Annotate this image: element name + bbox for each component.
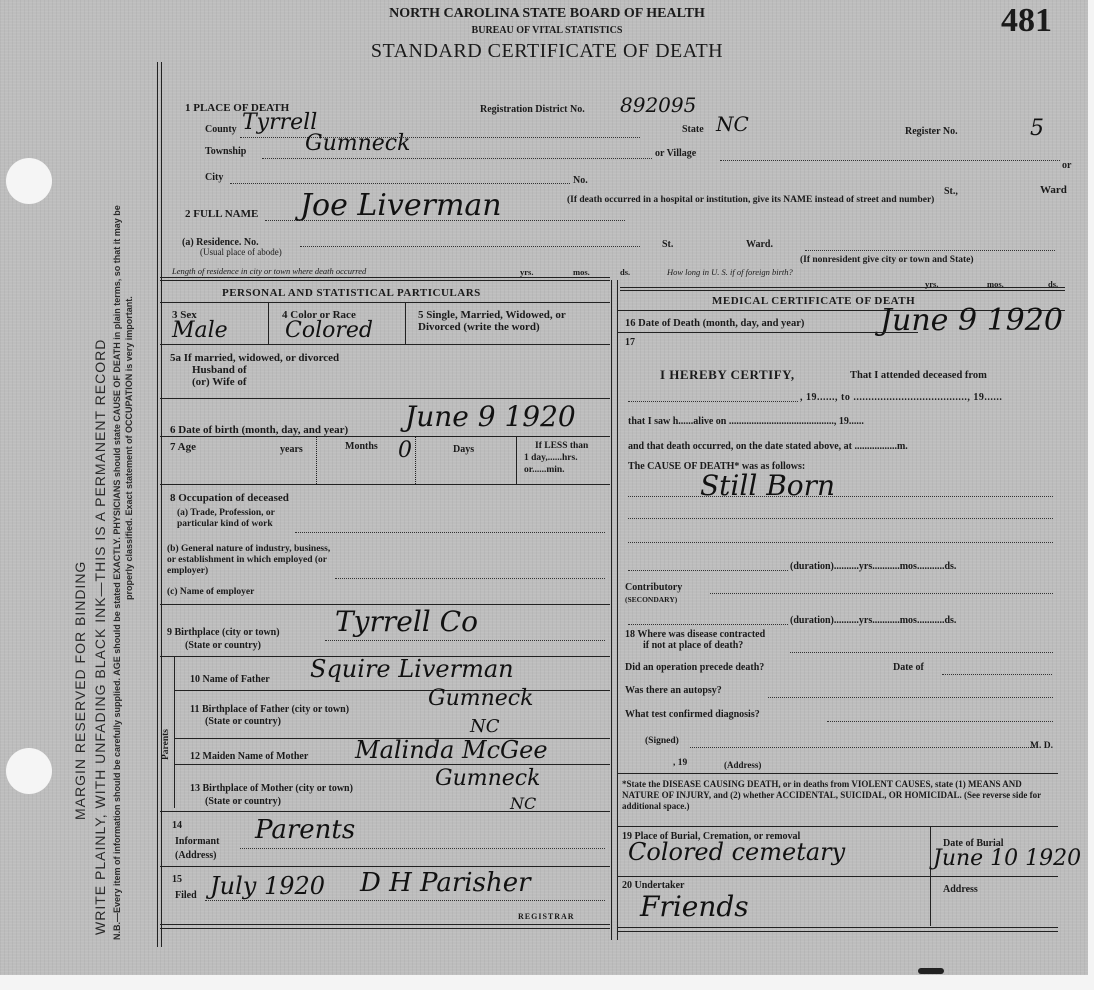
cell-divider	[268, 302, 269, 344]
mother-birthplace-label: 13 Birthplace of Mother (city or town)	[190, 783, 353, 794]
nonresident-note: (If nonresident give city or town and St…	[800, 255, 974, 265]
father-birthplace-value: Gumneck	[428, 686, 533, 711]
father-birthplace-sub: (State or country)	[205, 716, 281, 727]
township-value: Gumneck	[305, 131, 410, 156]
bureau-title: BUREAU OF VITAL STATISTICS	[0, 25, 1094, 36]
address-label: (Address)	[724, 760, 761, 770]
filed-label: Filed	[175, 890, 197, 901]
informant-number: 14	[172, 820, 182, 831]
dob-value: June 9 1920	[405, 400, 576, 433]
dotted-line	[240, 137, 640, 138]
autopsy-label: Was there an autopsy?	[625, 685, 722, 696]
rule	[160, 924, 610, 925]
contributory-sub: (SECONDARY)	[625, 595, 677, 604]
dotted-line	[240, 848, 605, 849]
date-of-death-label: 16 Date of Death (month, day, and year)	[625, 318, 804, 329]
dotted-line	[265, 220, 625, 221]
state-label: State	[682, 124, 704, 135]
birthplace-value: Tyrrell Co	[335, 605, 478, 638]
certificate-paper: MARGIN RESERVED FOR BINDING WRITE PLAINL…	[0, 0, 1088, 975]
county-label: County	[205, 124, 237, 135]
village-label: or Village	[655, 148, 696, 159]
alive-on-line: that I saw h......alive on .............…	[628, 416, 864, 427]
rule	[160, 436, 610, 437]
dotted-line	[205, 900, 605, 901]
dotted-line	[335, 578, 605, 579]
binding-hole	[6, 158, 52, 204]
contributory-label: Contributory	[625, 582, 682, 593]
item-18-sub: if not at place of death?	[643, 640, 743, 651]
rule	[160, 344, 610, 345]
ink-mark	[918, 968, 944, 974]
rule	[160, 928, 610, 929]
mother-birthplace-sub: (State or country)	[205, 796, 281, 807]
margin-nb-note: N.B.—Every item of information should be…	[112, 205, 122, 940]
no-label: No.	[573, 175, 588, 186]
page-title: STANDARD CERTIFICATE OF DEATH	[0, 40, 1094, 63]
dotted-line	[690, 747, 1035, 748]
occupation-c-label: (c) Name of employer	[167, 587, 254, 597]
dotted-line	[628, 496, 1053, 497]
dotted-line	[262, 158, 652, 159]
wife-of-label: (or) Wife of	[192, 376, 247, 388]
yrs-label: yrs.	[520, 267, 533, 277]
minutes-label: or......min.	[524, 465, 565, 475]
year-label: , 19	[673, 758, 687, 768]
dotted-line	[628, 624, 788, 625]
rule	[160, 277, 610, 278]
dotted-line	[710, 593, 1053, 594]
age-label: 7 Age	[170, 441, 196, 453]
signed-label: (Signed)	[645, 736, 679, 746]
father-value: Squire Liverman	[310, 655, 514, 683]
length-residence-label: Length of residence in city or town wher…	[172, 266, 366, 276]
rule	[618, 876, 1058, 877]
dotted-line	[942, 674, 1052, 675]
agency-title: NORTH CAROLINA STATE BOARD OF HEALTH	[0, 6, 1094, 22]
full-name-label: 2 FULL NAME	[185, 208, 258, 220]
margin-nb-note-2: properly classified. Exact statement of …	[124, 296, 134, 600]
foreign-birth-label: How long in U. S. if of foreign birth?	[667, 267, 793, 277]
sex-value: Male	[172, 318, 228, 343]
filed-date-value: July 1920	[210, 872, 325, 900]
duration-line-2: (duration)..........yrs...........mos...…	[790, 615, 956, 626]
dotted-line	[720, 160, 1060, 161]
dotted-line	[295, 532, 605, 533]
father-label: 10 Name of Father	[190, 674, 270, 685]
dotted-line	[325, 640, 605, 641]
personal-section-title: PERSONAL AND STATISTICAL PARTICULARS	[222, 287, 481, 299]
rule	[160, 398, 610, 399]
race-value: Colored	[285, 318, 373, 343]
parents-label: Parents	[161, 729, 171, 760]
rule	[620, 287, 1065, 288]
residence-sub: (Usual place of abode)	[200, 247, 282, 257]
cause-value: Still Born	[700, 469, 835, 502]
registrar-label: REGISTRAR	[518, 912, 575, 921]
months-label: Months	[345, 441, 378, 452]
st-label-2: St.	[662, 239, 673, 250]
undertaker-address-label: Address	[943, 884, 978, 895]
binding-hole	[6, 748, 52, 794]
state-value: NC	[716, 112, 749, 136]
filed-number: 15	[172, 874, 182, 885]
dotted-line	[628, 401, 798, 402]
date-of-label: Date of	[893, 662, 924, 673]
rule	[160, 302, 610, 303]
years-label: years	[280, 444, 303, 455]
st-label: St.,	[944, 186, 958, 197]
cell-divider	[415, 436, 416, 484]
township-label: Township	[205, 146, 246, 157]
birthplace-sub-label: (State or country)	[185, 640, 261, 651]
mos-label: mos.	[573, 267, 590, 277]
birthplace-label: 9 Birthplace (city or town)	[167, 627, 280, 638]
ward-label-2: Ward.	[746, 239, 773, 250]
dotted-line	[628, 570, 788, 571]
rule	[160, 280, 610, 281]
margin-ink-note: WRITE PLAINLY, WITH UNFADING BLACK INK—T…	[92, 339, 108, 935]
cell-divider	[316, 436, 317, 484]
occupation-label: 8 Occupation of deceased	[170, 492, 289, 504]
full-name-value: Joe Liverman	[300, 188, 502, 223]
column-divider	[611, 280, 612, 940]
rule	[618, 931, 1058, 932]
dotted-line	[628, 518, 1053, 519]
less-than-label: If LESS than	[535, 441, 588, 451]
ds-label: ds.	[620, 267, 630, 277]
mother-birthplace-value: Gumneck	[435, 766, 540, 791]
margin-binding-note: MARGIN RESERVED FOR BINDING	[72, 561, 88, 820]
column-divider	[617, 280, 618, 940]
marital-status-label: 5 Single, Married, Widowed, or Divorced …	[418, 309, 603, 333]
registrar-name-value: D H Parisher	[360, 868, 531, 898]
cell-divider	[516, 436, 517, 484]
days-label: Days	[453, 444, 474, 455]
md-label: M. D.	[1030, 741, 1053, 751]
dotted-line	[768, 697, 1053, 698]
dotted-line	[628, 542, 1053, 543]
cause-footnote: *State the DISEASE CAUSING DEATH, or in …	[622, 779, 1057, 812]
operation-label: Did an operation precede death?	[625, 662, 764, 673]
registration-district-value: 892095	[620, 93, 696, 117]
registration-district-label: Registration District No.	[480, 104, 585, 115]
attended-dates-line: , 19......, to .........................…	[800, 392, 1002, 403]
occupation-a-label: (a) Trade, Profession, or particular kin…	[177, 508, 317, 530]
test-label: What test confirmed diagnosis?	[625, 709, 760, 720]
father-birthplace-state: NC	[470, 716, 500, 737]
item-17-label: 17	[625, 337, 635, 348]
item-18-label: 18 Where was disease contracted	[625, 629, 765, 640]
register-no-value: 5	[1030, 116, 1044, 141]
dotted-line	[300, 246, 640, 247]
undertaker-value: Friends	[640, 890, 749, 923]
rule	[160, 811, 610, 812]
or-label: or	[1062, 160, 1071, 171]
spouse-label: 5a If married, widowed, or divorced	[170, 352, 339, 364]
months-value: 0	[398, 438, 412, 463]
father-birthplace-label: 11 Birthplace of Father (city or town)	[190, 704, 349, 715]
rule	[160, 866, 610, 867]
hospital-note: (If death occurred in a hospital or inst…	[567, 195, 934, 205]
ward-label: Ward	[1040, 184, 1067, 196]
rule	[618, 826, 1058, 827]
rule	[618, 332, 918, 333]
dotted-line	[827, 721, 1053, 722]
duration-line: (duration)..........yrs...........mos...…	[790, 561, 956, 572]
informant-sub: (Address)	[175, 850, 216, 861]
rule	[620, 290, 1065, 291]
cell-divider	[405, 302, 406, 344]
hours-label: 1 day,......hrs.	[524, 453, 578, 463]
parents-divider	[174, 656, 175, 808]
rule	[175, 764, 610, 765]
dotted-line	[805, 250, 1055, 251]
mother-value: Malinda McGee	[355, 736, 548, 764]
rule	[618, 927, 1058, 928]
husband-of-label: Husband of	[192, 364, 247, 376]
rule	[618, 773, 1058, 774]
certify-text: That I attended deceased from	[850, 370, 987, 381]
register-no-label: Register No.	[905, 126, 958, 137]
death-occurred-line: and that death occurred, on the date sta…	[628, 441, 908, 452]
dotted-line	[230, 183, 570, 184]
frame-left-inner	[161, 62, 162, 947]
informant-label: Informant	[175, 836, 219, 847]
certify-heading: I HEREBY CERTIFY,	[660, 367, 795, 383]
rule	[175, 690, 610, 691]
certificate-number: 481	[1001, 2, 1052, 40]
occupation-b-label: (b) General nature of industry, business…	[167, 544, 337, 577]
burial-value: Colored cemetary	[628, 838, 845, 866]
burial-date-value: June 10 1920	[933, 846, 1081, 871]
dotted-line	[790, 652, 1053, 653]
informant-value: Parents	[255, 815, 355, 845]
mother-label: 12 Maiden Name of Mother	[190, 751, 308, 762]
frame-left	[157, 62, 158, 947]
city-label: City	[205, 172, 223, 183]
rule	[160, 484, 610, 485]
dob-label: 6 Date of birth (month, day, and year)	[170, 424, 348, 436]
